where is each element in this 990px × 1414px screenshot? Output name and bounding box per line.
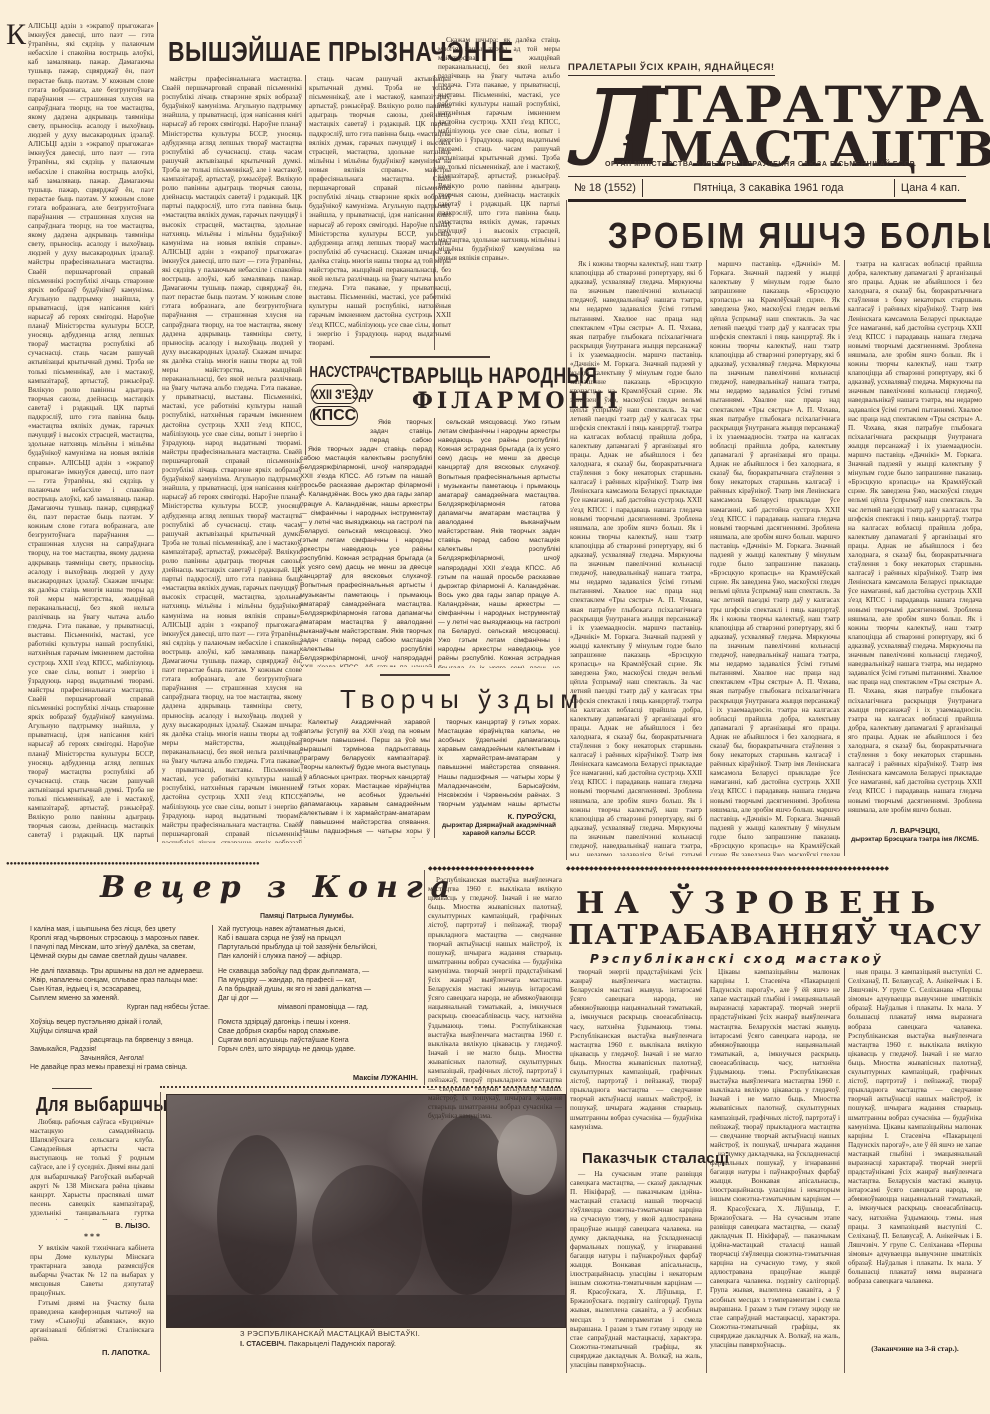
- article-vybarshchykau-p1: Любяць рабочыя саўгаса «Буцэвічы» мастац…: [30, 1118, 154, 1220]
- column-rule: [706, 968, 707, 1373]
- zrobim-author-title: дырэктар Брэсцкага тэатра імя ЛКСМБ.: [848, 836, 982, 844]
- badge-line1: НАСУСТРАЧ: [310, 364, 359, 382]
- subheadline-uzroven: Рэспубліканскі сход мастакоў: [590, 952, 884, 966]
- column-rule: [844, 968, 845, 1373]
- photo-title: Пакарыцелі Падунскіх парогаў.: [288, 1339, 396, 1348]
- headline-tvorchy: Творчы ўздым: [340, 684, 584, 715]
- article-vyshejshae-col2: майстры прафесіянальнага мастацтва. Сваё…: [162, 75, 302, 843]
- poem-dedication: Памяці Патрыса Лумумбы.: [260, 913, 354, 920]
- article-pakazchyk-col2: на думку дакладчыка, на ўскладненасці фа…: [710, 1150, 840, 1370]
- article-uzroven-col2: творчай энергіі прадстаўнікамі ўсіх жанр…: [570, 968, 702, 1138]
- issue-number: № 18 (1552): [568, 182, 642, 194]
- column-rule: [844, 260, 845, 856]
- article-vyshejshae-col4: Скажам шчыра: як далёка стаіць многія на…: [438, 36, 560, 350]
- article-zrobim-col1: Як і кожны творчы калектыў, наш тэатр кл…: [570, 260, 702, 856]
- column-rule: [706, 260, 707, 856]
- article-uzroven-col4: ныя працы. З кампазіцыяй выступілі С. Се…: [848, 968, 982, 1340]
- badge-line2: XXII З'ЕЗДУ: [311, 384, 358, 404]
- column-rule: [160, 1092, 161, 1372]
- zrobim-author: Л. ВАРЧЭЦКІ,: [848, 826, 982, 835]
- drop-cap: К: [6, 22, 26, 48]
- badge-line3: КПСС: [310, 406, 358, 426]
- nasustrach-badge: НАСУСТРАЧ XXII З'ЕЗДУ КПСС: [300, 364, 368, 436]
- vybarshchykau-author1: В. ЛЫЗО.: [30, 1221, 150, 1230]
- article-uzroven-col3: Цікавы кампазіцыйны малюнак карціны І. С…: [710, 968, 840, 1148]
- divider: [52, 1088, 92, 1089]
- article-filarmonii-col2: сельскай мясцовасці. Ужо гэтым летам сім…: [438, 418, 560, 668]
- article-zrobim-col3: тэатра на калгасах вобласці прайшла добр…: [848, 260, 982, 822]
- column-rule: [434, 75, 435, 350]
- column-rule: [212, 925, 213, 1045]
- article-tvorchy-col2: творчых канцэртаў ў гэтых хорах. Мастацк…: [438, 718, 560, 810]
- article-vybarshchykau-p2: У вялікім чакой тэхнічнага кабінета пры …: [30, 1244, 154, 1344]
- article-filarmonii-intro: Яків творчых задач ставіць перад сабою м…: [370, 418, 432, 446]
- article-vyshejshae-col1: К АЛІСЬЦІ адзін з «экрапоў прыгожага» ім…: [6, 22, 154, 840]
- star-divider: ◆◆◆◆◆◆◆◆◆◆◆◆◆◆◆◆◆◆◆◆◆◆◆◆◆◆◆◆◆◆◆◆◆◆◆◆◆◆◆◆…: [566, 866, 986, 872]
- issue-bar: № 18 (1552) Пятніца, 3 сакавіка 1961 год…: [568, 176, 966, 202]
- article-filarmonii-col1: Яків творчых задач ставіць перад сабою м…: [300, 445, 432, 667]
- continued-note: (Заканчэнне на 3-й стар.).: [848, 1344, 982, 1353]
- issue-date: Пятніца, 3 сакавіка 1961 года: [643, 182, 894, 194]
- article-zrobim-col2: маршчэ паставіць «Дачнікі» М. Горкага. З…: [710, 260, 840, 856]
- column-rule: [566, 968, 567, 1373]
- divider: [370, 356, 490, 358]
- headline-pakazchyk: Паказчык сталасці: [582, 1150, 729, 1167]
- photo-author: І. СТАСЕВІЧ.: [240, 1339, 286, 1348]
- poem-author: Максім ЛУЖАНІН.: [300, 1073, 418, 1082]
- article-vyshejshae-col3: стаць часам рашучай актывізацыі крытычна…: [309, 75, 451, 350]
- article-tvorchy-col1: Калектыў Акадэмічнай харавой капэлы ўсту…: [300, 718, 430, 838]
- masthead-organ: ОРГАН МІНІСТЭРСТВА КУЛЬТУРЫ І ПРАЎЛЕННЯ …: [605, 161, 917, 168]
- divider: [380, 674, 450, 676]
- separator-asterisks: * * *: [30, 1232, 154, 1241]
- poem-col2: Хай пустуюць навек аўтаматныя дыскі,Каб …: [218, 925, 418, 1054]
- headline-uzroven-2: ПАТРАБАВАННЯЎ ЧАСУ: [568, 920, 982, 951]
- column-rule: [434, 418, 435, 668]
- dot-divider: ●●●●●●●●●●●●●●●●●●●●●●●●●●●●●●●●●●●●●●●●…: [6, 861, 422, 867]
- column-rule: [566, 200, 567, 860]
- photo-caption-line1: З РЭСПУБЛІКАНСКАЙ МАСТАЦКАЙ ВЫСТАЎКІ.: [240, 1329, 560, 1338]
- poem-col1: І каліна мая, і шыпшына без лісця, без ц…: [30, 925, 210, 1072]
- headline-vecer: Вецер з Конга: [100, 870, 458, 905]
- article-text: АЛІСЬЦІ адзін з «экрапоў прыгожага» імкн…: [28, 22, 154, 840]
- photo-caption-line2: І. СТАСЕВІЧ. Пакарыцелі Падунскіх парога…: [240, 1339, 560, 1348]
- column-rule: [157, 22, 158, 842]
- tvorchy-author: К. ПУРОЎСКІ,: [438, 812, 556, 821]
- column-rule: [434, 718, 435, 838]
- vybarshchykau-author2: П. ЛАПОТКА.: [30, 1348, 150, 1357]
- article-pakazchyk-col1: — На сучасным этапе развіцця савецкага м…: [570, 1170, 702, 1370]
- tvorchy-author-title: дырэктар Дзяржаўнай акадэмічнай харавой …: [438, 822, 560, 838]
- column-rule: [424, 870, 425, 1085]
- headline-uzroven-1: НА ЎЗРОВЕНЬ: [576, 886, 945, 921]
- headline-zrobim: ЗРОБІМ ЯШЧЭ БОЛЬШ: [608, 215, 990, 257]
- headline-filarmonii-1: СТВАРЫЦЬ НАРОДНЫЯ: [378, 363, 597, 389]
- article-uzroven-lead: Рэспубліканская выстаўка выяўленчага мас…: [428, 876, 562, 1158]
- issue-price: Цана 4 кап.: [895, 182, 966, 194]
